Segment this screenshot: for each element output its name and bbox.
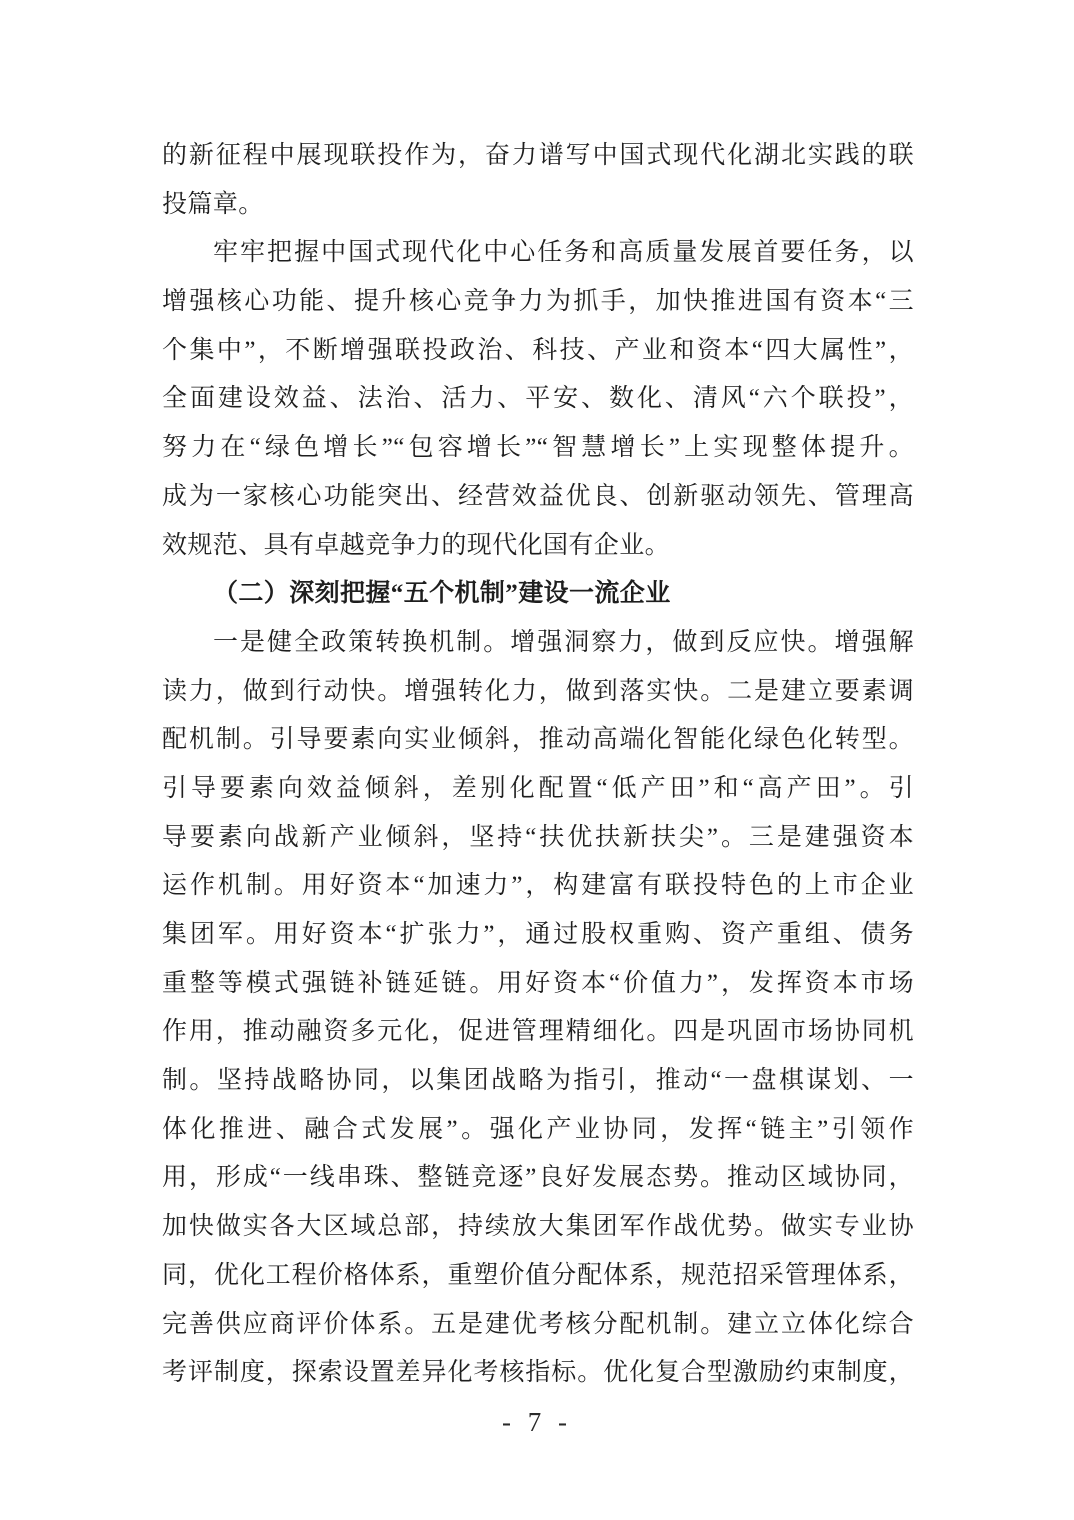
text-line: 增强核心功能、提升核心竞争力为抓手，加快推进国有资本“三 (162, 278, 914, 327)
page-number: - 7 - (0, 1402, 1074, 1442)
text-line: 运作机制。用好资本“加速力”，构建富有联投特色的上市企业 (162, 862, 914, 911)
text-line: 加快做实各大区域总部，持续放大集团军作战优势。做实专业协 (162, 1203, 914, 1252)
text-line: 一是健全政策转换机制。增强洞察力，做到反应快。增强解 (162, 619, 914, 668)
text-line: 全面建设效益、法治、活力、平安、数化、清风“六个联投”， (162, 375, 914, 424)
text-line: 导要素向战新产业倾斜，坚持“扶优扶新扶尖”。三是建强资本 (162, 814, 914, 863)
text-line: 体化推进、融合式发展”。强化产业协同，发挥“链主”引领作 (162, 1106, 914, 1155)
text-line: 努力在“绿色增长”“包容增长”“智慧增长”上实现整体提升。 (162, 424, 914, 473)
text-line: 考评制度，探索设置差异化考核指标。优化复合型激励约束制度， (162, 1349, 914, 1398)
text-line: 效规范、具有卓越竞争力的现代化国有企业。 (162, 522, 914, 571)
text-line: 成为一家核心功能突出、经营效益优良、创新驱动领先、管理高 (162, 473, 914, 522)
text-line: 配机制。引导要素向实业倾斜，推动高端化智能化绿色化转型。 (162, 716, 914, 765)
text-line: 同，优化工程价格体系，重塑价值分配体系，规范招采管理体系， (162, 1252, 914, 1301)
text-line: 投篇章。 (162, 181, 914, 230)
text-line: 重整等模式强链补链延链。用好资本“价值力”，发挥资本市场 (162, 960, 914, 1009)
text-line: 个集中”，不断增强联投政治、科技、产业和资本“四大属性”， (162, 327, 914, 376)
text-line: 牢牢把握中国式现代化中心任务和高质量发展首要任务，以 (162, 229, 914, 278)
text-line: 制。坚持战略协同，以集团战略为指引，推动“一盘棋谋划、一 (162, 1057, 914, 1106)
text-line: 的新征程中展现联投作为，奋力谱写中国式现代化湖北实践的联 (162, 132, 914, 181)
section-heading-line: （二）深刻把握“五个机制”建设一流企业 (162, 570, 914, 619)
document-body: 的新征程中展现联投作为，奋力谱写中国式现代化湖北实践的联投篇章。牢牢把握中国式现… (162, 132, 914, 1398)
text-line: 完善供应商评价体系。五是建优考核分配机制。建立立体化综合 (162, 1301, 914, 1350)
text-line: 集团军。用好资本“扩张力”，通过股权重购、资产重组、债务 (162, 911, 914, 960)
document-page: 的新征程中展现联投作为，奋力谱写中国式现代化湖北实践的联投篇章。牢牢把握中国式现… (0, 0, 1074, 1520)
text-line: 用，形成“一线串珠、整链竞逐”良好发展态势。推动区域协同， (162, 1154, 914, 1203)
text-line: 引导要素向效益倾斜，差别化配置“低产田”和“高产田”。引 (162, 765, 914, 814)
text-line: 读力，做到行动快。增强转化力，做到落实快。二是建立要素调 (162, 668, 914, 717)
text-line: 作用，推动融资多元化，促进管理精细化。四是巩固市场协同机 (162, 1008, 914, 1057)
